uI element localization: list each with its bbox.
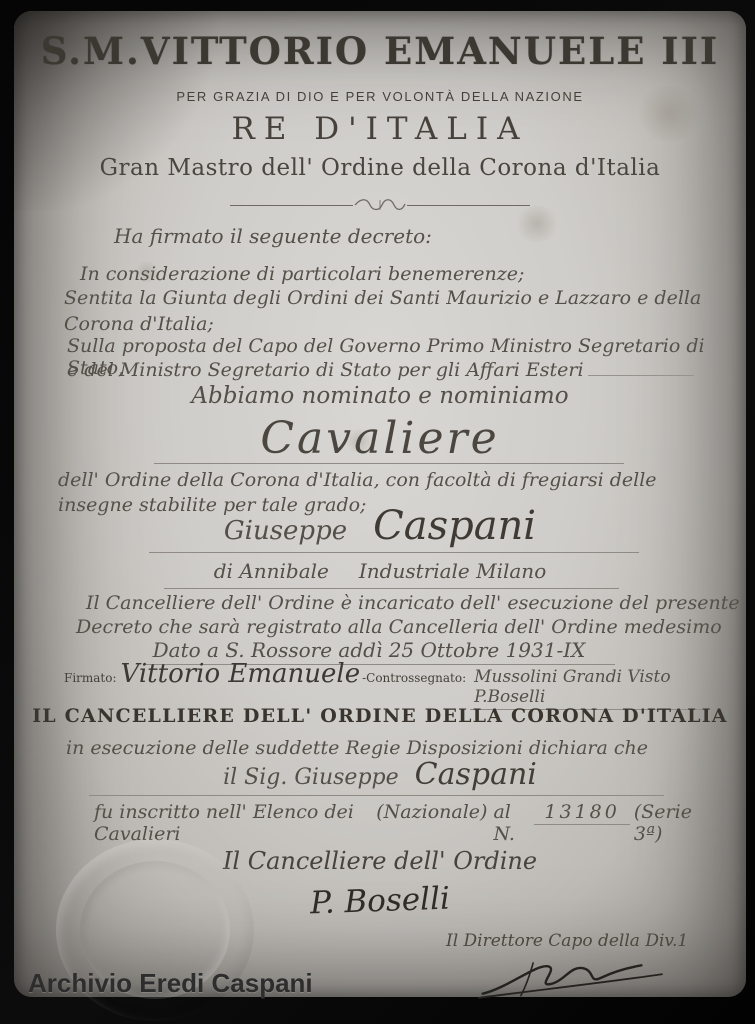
archive-watermark: Archivio Eredi Caspani	[28, 968, 313, 999]
grand-master-line: Gran Mastro dell' Ordine della Corona d'…	[14, 155, 746, 181]
royal-title: RE D'ITALIA	[14, 111, 746, 147]
divider-flourish-icon	[353, 197, 407, 213]
subject-name: il Sig. Giuseppe	[223, 765, 399, 790]
chancellor-title: Il Cancelliere dell' Ordine	[14, 847, 746, 875]
registered-at-label: al N.	[493, 801, 528, 845]
director-title: Il Direttore Capo della Div.1	[446, 931, 688, 951]
premise-line: Sentita la Giunta degli Ordini dei Santi…	[64, 287, 701, 309]
chancellery-heading: IL CANCELLIERE DELL' ORDINE DELLA CORONA…	[14, 705, 746, 727]
recipient-first-name: Giuseppe	[224, 516, 347, 546]
execution-line: Decreto che sarà registrato alla Cancell…	[76, 616, 722, 638]
recipient-details-row: di Annibale Industriale Milano	[14, 559, 746, 583]
premise-line: In considerazione di particolari benemer…	[80, 263, 524, 285]
divider-line	[407, 205, 530, 206]
premise-line-row: e del Ministro Segretario di Stato per g…	[67, 359, 698, 381]
registered-prefix: fu inscritto nell' Elenco dei Cavalieri	[94, 801, 368, 845]
has-signed-line: Ha firmato il seguente decreto:	[114, 224, 432, 248]
divider-line	[230, 205, 353, 206]
royal-signature: Vittorio Emanuele	[121, 659, 361, 689]
chancellery-subject-row: il Sig. Giuseppe Caspani	[14, 757, 746, 792]
decree-document: S.M.VITTORIO EMANUELE III PER GRAZIA DI …	[14, 11, 746, 997]
registered-category: (Nazionale)	[376, 801, 487, 823]
rank-title: Cavaliere	[14, 413, 746, 464]
subject-rule	[89, 795, 664, 796]
recipient-profession: Industriale Milano	[359, 559, 546, 583]
chancellor-signature: P. Boselli	[14, 870, 747, 932]
by-grace-line: PER GRAZIA DI DIO E PER VOLONTÀ DELLA NA…	[14, 89, 746, 104]
signature-row: Firmato: Vittorio Emanuele -Controssegna…	[64, 659, 706, 710]
recipient-relation: di Annibale	[214, 559, 329, 583]
execution-line: Il Cancelliere dell' Ordine è incaricato…	[86, 592, 740, 614]
registration-row: fu inscritto nell' Elenco dei Cavalieri …	[94, 801, 706, 845]
sovereign-title: S.M.VITTORIO EMANUELE III	[14, 29, 746, 73]
countersignatures: Mussolini Grandi Visto P.Boselli	[470, 667, 706, 710]
ornament-divider	[230, 197, 530, 213]
premise-line: e del Ministro Segretario di Stato per g…	[67, 359, 584, 381]
order-line: dell' Ordine della Corona d'Italia, con …	[58, 469, 657, 491]
recipient-last-name: Caspani	[373, 503, 536, 549]
signed-label: Firmato:	[64, 671, 117, 685]
recipient-name-row: Giuseppe Caspani	[14, 503, 746, 549]
rank-rule	[154, 463, 624, 464]
premise-line: Corona d'Italia;	[64, 313, 214, 335]
registration-number: 13180	[534, 801, 629, 825]
countersigned-label: -Controssegnato:	[362, 671, 466, 685]
details-rule	[164, 588, 619, 589]
name-rule	[149, 552, 639, 553]
registered-series: (Serie 3ª)	[634, 801, 706, 845]
nomination-intro: Abbiamo nominato e nominiamo	[14, 383, 746, 409]
blank-rule	[588, 375, 694, 376]
chancellery-declaration: in esecuzione delle suddette Regie Dispo…	[66, 737, 648, 759]
subject-surname: Caspani	[415, 757, 537, 792]
